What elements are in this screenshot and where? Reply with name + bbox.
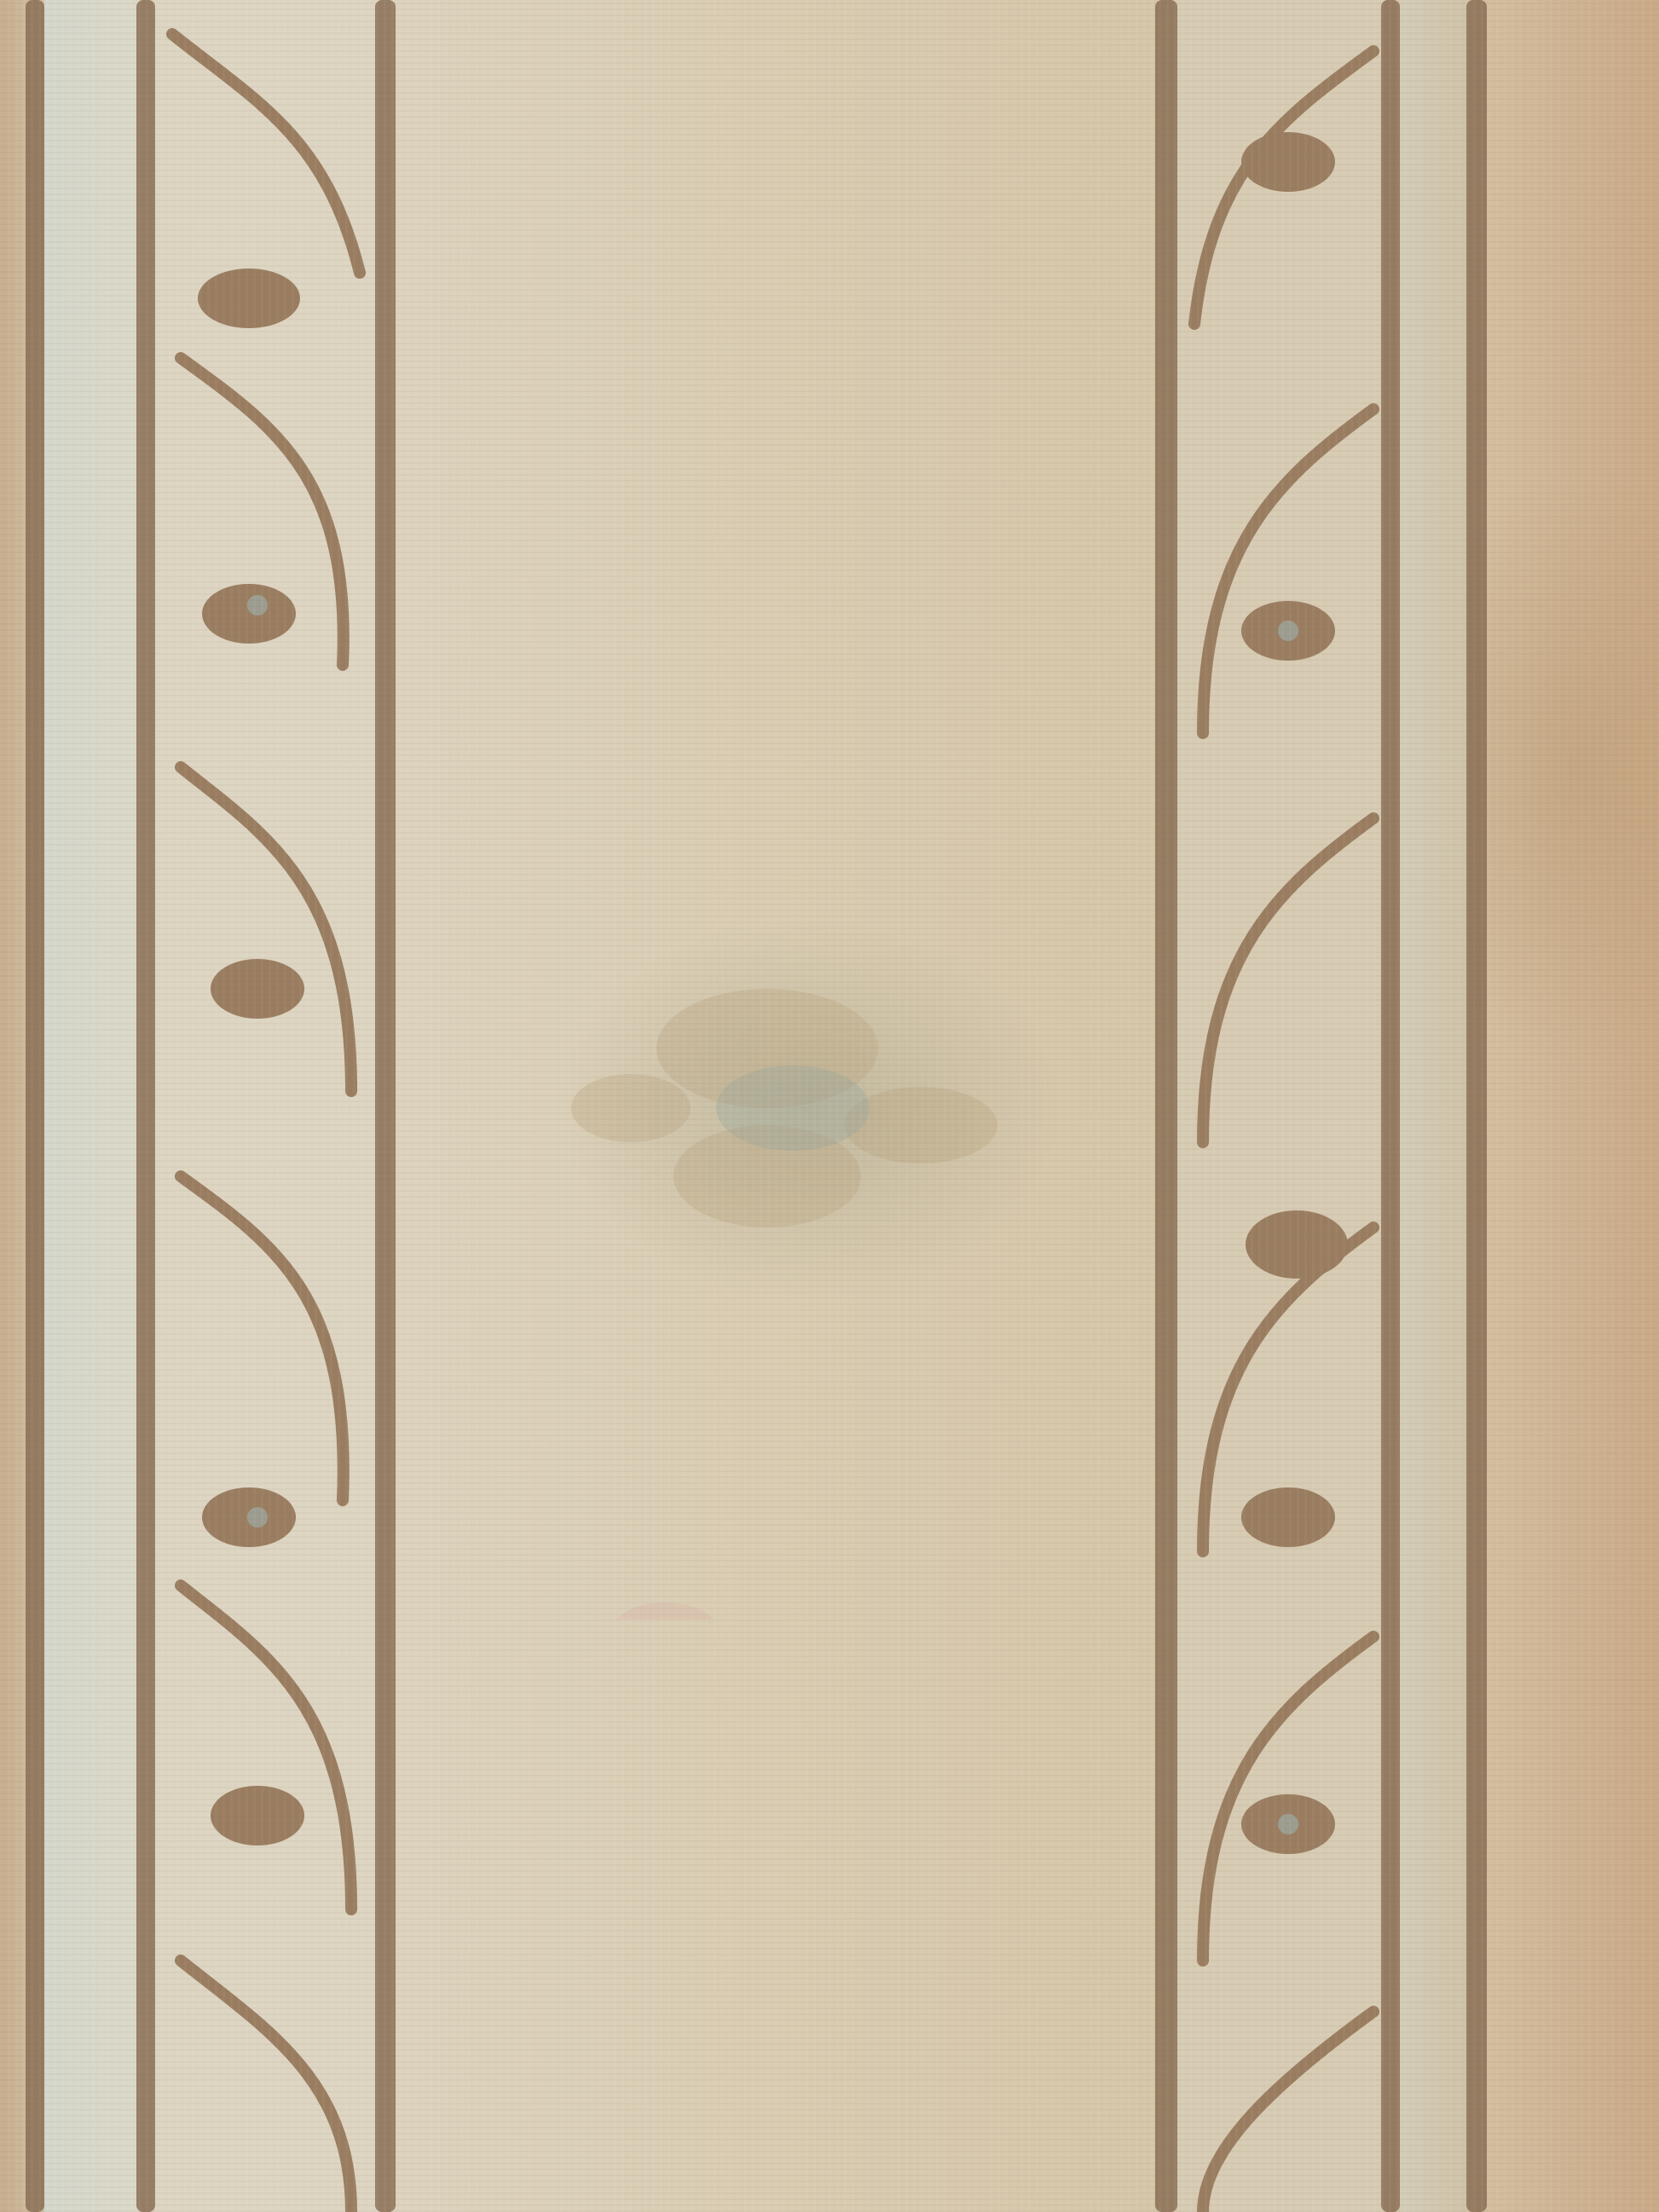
pile-texture (0, 0, 1659, 2212)
rug-photo (0, 0, 1659, 2212)
